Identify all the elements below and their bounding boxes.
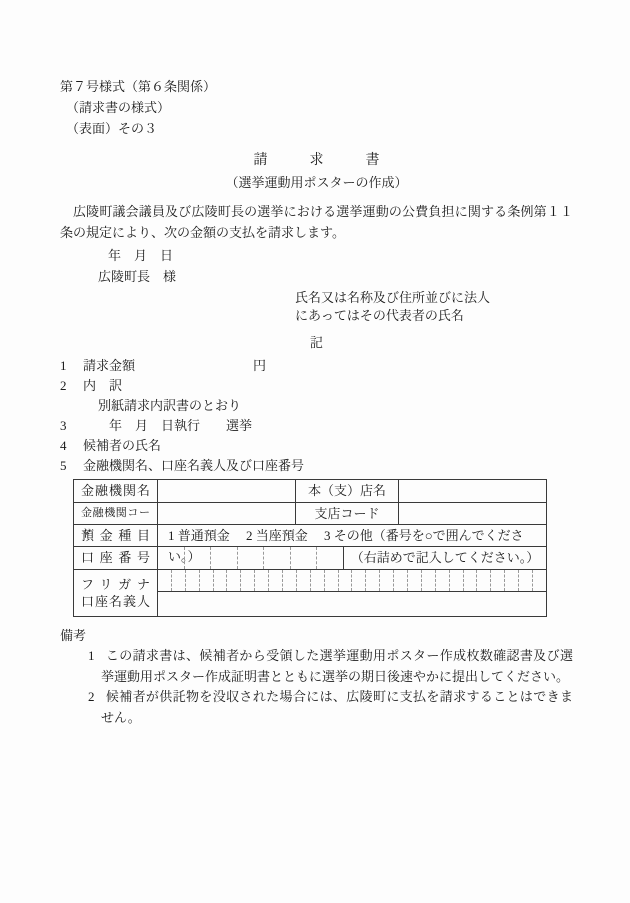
furigana-cell: [269, 570, 283, 591]
table-row-bank-name: 金融機関名 本（支）店名: [74, 480, 546, 503]
furigana-label: フリガナ: [81, 576, 150, 593]
form-header: 第７号様式（第６条関係） （請求書の様式） （表面）その３: [60, 76, 573, 139]
list-item-3: 3 年 月 日執行 選挙: [60, 416, 573, 436]
sender-note-line2: にあってはその代表者の氏名: [295, 307, 573, 325]
remarks-section: 備考 1この請求書は、候補者から受領した選挙運動用ポスター作成枚数確認書及び選挙…: [60, 626, 573, 728]
account-digit-cell: [317, 547, 343, 569]
item-number: 4: [60, 436, 83, 456]
table-row-bank-code: 金融機関コード 支店コード: [74, 503, 546, 525]
furigana-cell: [158, 570, 172, 591]
furigana-cell: [380, 570, 394, 591]
table-row-account-number: 口座番号 （右詰めで記入してください。）: [74, 547, 546, 570]
furigana-cell: [214, 570, 228, 591]
item-list: 1 請求金額 円 2 内 訳 別紙請求内訳書のとおり 3 年 月 日執行 選挙 …: [60, 356, 573, 476]
document-page: 第７号様式（第６条関係） （請求書の様式） （表面）その３ 請 求 書 （選挙運…: [0, 0, 630, 903]
furigana-cell: [422, 570, 436, 591]
body-paragraph: 広陵町議会議員及び広陵町長の選挙における選挙運動の公費負担に関する条例第１１条の…: [60, 201, 573, 243]
table-row-account-type: 預金種目 1 普通預金 2 当座預金 3 その他（番号を○で囲んでください。）: [74, 525, 546, 547]
bank-info-table: 金融機関名 本（支）店名 金融機関コード 支店コード 預金種目 1 普通預金 2…: [73, 479, 547, 617]
account-digit-cell: [185, 547, 212, 569]
furigana-cell: [436, 570, 450, 591]
furigana-cell: [283, 570, 297, 591]
item-number: 5: [60, 456, 83, 476]
furigana-cell: [533, 570, 546, 591]
furigana-cell: [200, 570, 214, 591]
furigana-cell: [477, 570, 491, 591]
furigana-cell: [186, 570, 200, 591]
account-digit-cell: [291, 547, 318, 569]
branch-name-field: [399, 480, 546, 502]
item-label: 内 訳: [83, 376, 122, 396]
ki-marker: 記: [60, 333, 573, 352]
holder-name-label: 口座名義人: [81, 593, 150, 610]
furigana-cells: [158, 570, 546, 592]
bank-code-label: 金融機関コード: [74, 503, 158, 524]
list-item-4: 4 候補者の氏名: [60, 436, 573, 456]
item-number: 1: [60, 356, 83, 376]
remark-item-1: 1この請求書は、候補者から受領した選挙運動用ポスター作成枚数確認書及び選挙運動用…: [88, 646, 573, 687]
remarks-heading: 備考: [60, 626, 573, 646]
account-number-label: 口座番号: [74, 547, 158, 569]
sender-note: 氏名又は名称及び住所並びに法人 にあってはその代表者の氏名: [60, 289, 573, 325]
furigana-cell: [519, 570, 533, 591]
sender-note-line1: 氏名又は名称及び住所並びに法人: [295, 289, 573, 307]
remark-item-2: 2候補者が供託物を没収された場合には、広陵町に支払を請求することはできません。: [88, 687, 573, 728]
item-number: 2: [60, 376, 83, 396]
furigana-cell: [394, 570, 408, 591]
form-number: 第７号様式（第６条関係）: [60, 76, 573, 97]
furigana-cell: [450, 570, 464, 591]
furigana-cell: [366, 570, 380, 591]
account-type-options: 1 普通預金 2 当座預金 3 その他（番号を○で囲んでください。）: [158, 525, 546, 546]
branch-name-label: 本（支）店名: [296, 480, 399, 502]
list-item-5: 5 金融機関名、口座名義人及び口座番号: [60, 456, 573, 476]
document-title: 請 求 書: [60, 150, 573, 172]
bank-code-field: [158, 503, 296, 524]
remark-number: 2: [88, 689, 95, 704]
form-side-note: （表面）その３: [60, 118, 573, 139]
item-label: 候補者の氏名: [83, 436, 161, 456]
account-number-note: （右詰めで記入してください。）: [344, 547, 546, 569]
account-digit-cell: [211, 547, 238, 569]
document-subtitle: （選挙運動用ポスターの作成）: [60, 172, 573, 193]
account-number-cells: [158, 547, 344, 569]
furigana-cell: [241, 570, 255, 591]
remark-text: 候補者が供託物を没収された場合には、広陵町に支払を請求することはできません。: [101, 689, 573, 725]
furigana-cell: [339, 570, 353, 591]
addressee-line: 広陵町長 様: [60, 266, 573, 287]
item-label: 金融機関名、口座名義人及び口座番号: [83, 456, 304, 476]
currency-unit: 円: [253, 356, 266, 376]
furigana-cell: [172, 570, 186, 591]
holder-name-field: [158, 592, 546, 616]
furigana-cell: [325, 570, 339, 591]
account-digit-cell: [264, 547, 291, 569]
list-item-2-sub: 別紙請求内訳書のとおり: [60, 396, 573, 416]
furigana-cell: [408, 570, 422, 591]
list-item-2: 2 内 訳: [60, 376, 573, 396]
account-digit-cell: [238, 547, 265, 569]
furigana-cell: [464, 570, 478, 591]
item-label: 年 月 日執行 選挙: [83, 416, 252, 436]
account-holder-label: フリガナ 口座名義人: [74, 570, 158, 616]
form-style-note: （請求書の様式）: [60, 97, 573, 118]
list-item-1: 1 請求金額 円: [60, 356, 573, 376]
furigana-cell: [297, 570, 311, 591]
remark-text: この請求書は、候補者から受領した選挙運動用ポスター作成枚数確認書及び選挙運動用ポ…: [101, 648, 573, 684]
furigana-cell: [255, 570, 269, 591]
item-label: 請求金額: [83, 356, 135, 376]
bank-name-label: 金融機関名: [74, 480, 158, 502]
bank-name-field: [158, 480, 296, 502]
furigana-cell: [311, 570, 325, 591]
remark-number: 1: [88, 648, 95, 663]
date-line: 年 月 日: [60, 245, 573, 266]
branch-code-field: [399, 503, 546, 524]
account-holder-fields: [158, 570, 546, 616]
account-digit-cell: [158, 547, 185, 569]
furigana-cell: [352, 570, 366, 591]
item-number: 3: [60, 416, 83, 436]
furigana-cell: [227, 570, 241, 591]
furigana-cell: [491, 570, 505, 591]
account-type-label: 預金種目: [74, 525, 158, 546]
furigana-cell: [505, 570, 519, 591]
table-row-account-holder: フリガナ 口座名義人: [74, 570, 546, 616]
branch-code-label: 支店コード: [296, 503, 399, 524]
